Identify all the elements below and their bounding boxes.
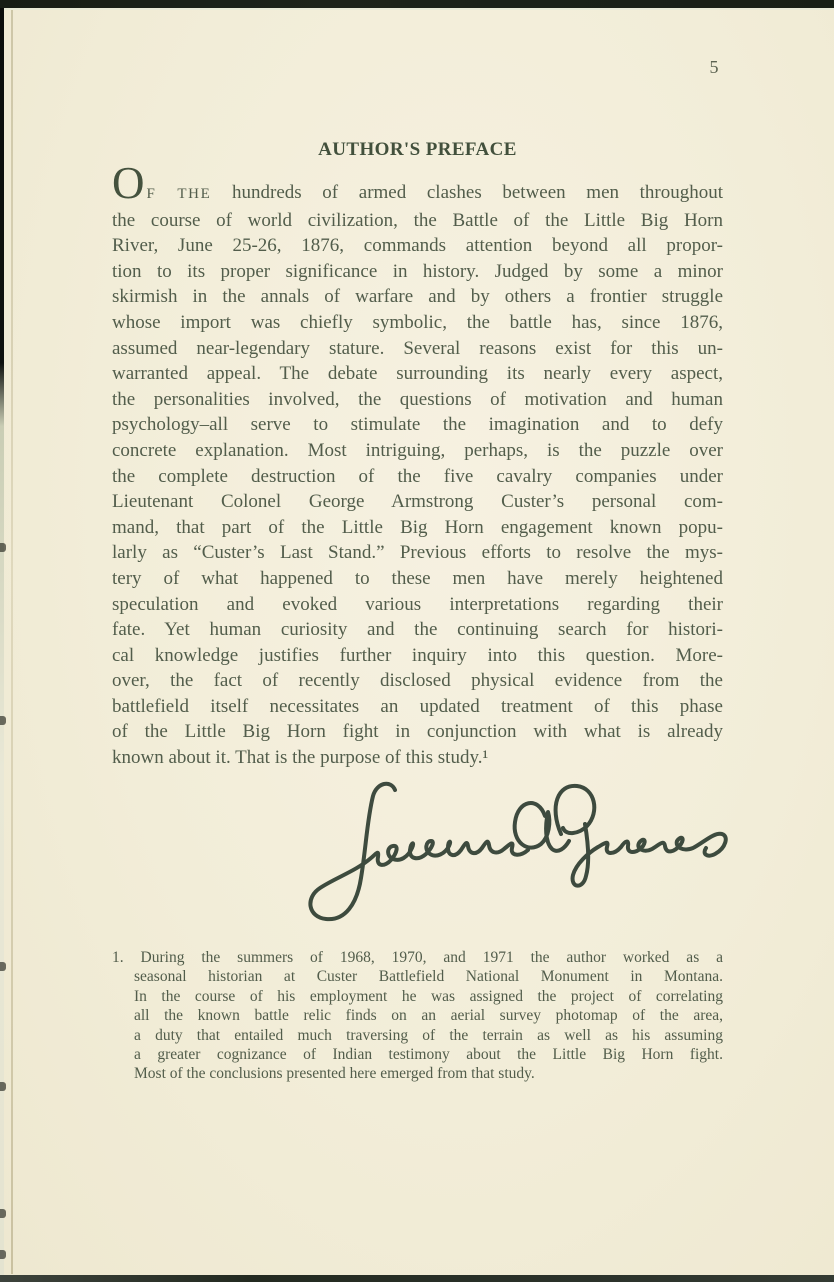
text-line: over, the fact of recently disclosed phy… bbox=[112, 668, 723, 694]
text-line: speculation and evoked various interpret… bbox=[112, 592, 723, 618]
text-line: of the Little Big Horn fight in conjunct… bbox=[112, 719, 723, 745]
text-line: whose import was chiefly symbolic, the b… bbox=[112, 310, 723, 336]
footnote-line: 1. During the summers of 1968, 1970, and… bbox=[112, 948, 723, 967]
text-line: fate. Yet human curiosity and the contin… bbox=[112, 617, 723, 643]
text-line-rest: hundreds of armed clashes between men th… bbox=[232, 182, 723, 203]
text-line: known about it. That is the purpose of t… bbox=[112, 745, 723, 771]
footnote-line: all the known battle relic finds on an a… bbox=[112, 1006, 723, 1025]
text-line: skirmish in the annals of warfare and by… bbox=[112, 284, 723, 310]
text-line: River, June 25-26, 1876, commands attent… bbox=[112, 233, 723, 259]
text-line: tion to its proper significance in histo… bbox=[112, 259, 723, 285]
text-line: the course of world civilization, the Ba… bbox=[112, 208, 723, 234]
footnote-line: a greater cognizance of Indian testimony… bbox=[112, 1045, 723, 1064]
small-caps-lede: F THE bbox=[147, 186, 212, 202]
page-number: 5 bbox=[690, 57, 738, 78]
text-line: the complete destruction of the five cav… bbox=[112, 464, 723, 490]
text-line: OF THE hundreds of armed clashes between… bbox=[112, 180, 723, 208]
footnote-line: Most of the conclusions presented here e… bbox=[112, 1064, 723, 1083]
book-page: 5 AUTHOR'S PREFACE OF THE hundreds of ar… bbox=[0, 0, 834, 1282]
footnote-line-text: During the summers of 1968, 1970, and 19… bbox=[141, 949, 723, 966]
footnote-marker: 1. bbox=[112, 949, 124, 966]
chapter-title: AUTHOR'S PREFACE bbox=[112, 139, 723, 161]
scan-bottom-edge bbox=[0, 1275, 834, 1282]
page-edge-mark bbox=[0, 1082, 6, 1091]
footnote: 1. During the summers of 1968, 1970, and… bbox=[112, 948, 723, 1084]
page-edge-mark bbox=[0, 716, 6, 725]
footnote-line: In the course of his employment he was a… bbox=[112, 987, 723, 1006]
text-line: tery of what happened to these men have … bbox=[112, 566, 723, 592]
text-line: cal knowledge justifies further inquiry … bbox=[112, 643, 723, 669]
signature bbox=[298, 780, 743, 935]
scan-top-edge-highlight bbox=[0, 8, 834, 10]
page-edge-mark bbox=[0, 1250, 6, 1259]
text-line: Lieutenant Colonel George Armstrong Cust… bbox=[112, 489, 723, 515]
preface-paragraph: OF THE hundreds of armed clashes between… bbox=[112, 180, 723, 771]
page-edge-mark bbox=[0, 1209, 6, 1218]
footnote-line: seasonal historian at Custer Battlefield… bbox=[112, 967, 723, 986]
text-line: concrete explanation. Most intriguing, p… bbox=[112, 438, 723, 464]
text-line: larly as “Custer’s Last Stand.” Previous… bbox=[112, 540, 723, 566]
text-line: the personalities involved, the question… bbox=[112, 387, 723, 413]
author-signature-image bbox=[298, 780, 743, 935]
text-line: psychology–all serve to stimulate the im… bbox=[112, 412, 723, 438]
text-line: battlefield itself necessitates an updat… bbox=[112, 694, 723, 720]
text-line: assumed near-legendary stature. Several … bbox=[112, 336, 723, 362]
page-edge-mark bbox=[0, 962, 6, 971]
text-line: warranted appeal. The debate surrounding… bbox=[112, 361, 723, 387]
raised-initial-cap: O bbox=[112, 158, 145, 208]
page-gutter-line bbox=[11, 10, 13, 1274]
text-line: mand, that part of the Little Big Horn e… bbox=[112, 515, 723, 541]
page-edge-mark bbox=[0, 543, 6, 552]
footnote-line: a duty that entailed much traversing of … bbox=[112, 1026, 723, 1045]
scan-top-edge bbox=[0, 0, 834, 8]
